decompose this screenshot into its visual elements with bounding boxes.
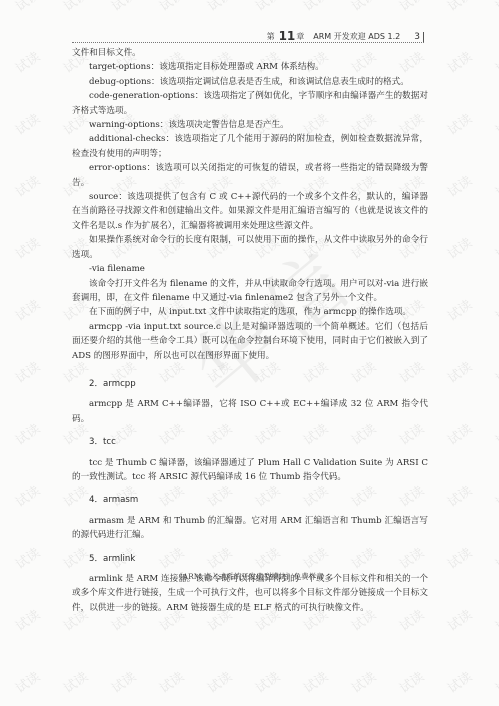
tile-watermark: 试读 xyxy=(11,480,43,510)
tile-watermark: 试读 xyxy=(443,604,475,634)
tile-watermark: 试读 xyxy=(443,108,475,138)
section-text-tcc: tcc 是 Thumb C 编译器，该编译器通过了 Plum Hall C Va… xyxy=(72,456,428,485)
tile-watermark: 试读 xyxy=(11,232,43,262)
tile-watermark: 试读 xyxy=(443,170,475,200)
paragraph-via-syntax: -via filename xyxy=(72,262,428,276)
paragraph-source: source：该选项提供了包含有 C 或 C++源代码的一个或多个文件名，默认的… xyxy=(72,190,428,233)
tile-watermark: 试读 xyxy=(491,232,499,262)
section-text-armcpp: armcpp 是 ARM C++编译器，它将 ISO C++或 EC++编译成 … xyxy=(72,397,428,426)
tile-watermark: 试读 xyxy=(491,418,499,448)
chapter-prefix: 第 xyxy=(267,31,275,42)
paragraph-code-generation-options: code-generation-options：该选项指定了例如优化，字节顺序和… xyxy=(72,89,428,118)
tile-watermark: 试读 xyxy=(443,480,475,510)
tile-watermark: 试读 xyxy=(491,0,499,15)
tile-watermark: 试读 xyxy=(491,46,499,76)
tile-watermark: 试读 xyxy=(347,666,379,696)
tile-watermark: 试读 xyxy=(11,666,43,696)
tile-watermark: 试读 xyxy=(203,666,235,696)
tile-watermark: 试读 xyxy=(443,542,475,572)
paragraph: 文件和目标文件。 xyxy=(72,46,428,60)
tile-watermark: 试读 xyxy=(491,356,499,386)
tile-watermark: 试读 xyxy=(491,294,499,324)
tile-watermark: 试读 xyxy=(443,294,475,324)
tile-watermark: 试读 xyxy=(59,0,91,15)
tile-watermark: 试读 xyxy=(443,0,475,15)
page-header: 第 11 章 ARM 开发欢迎 ADS 1.2 3 xyxy=(72,26,424,43)
section-heading-tcc: 3．tcc xyxy=(89,435,428,449)
tile-watermark: 试读 xyxy=(155,666,187,696)
tile-watermark: 试读 xyxy=(11,294,43,324)
tile-watermark: 试读 xyxy=(395,666,427,696)
tile-watermark: 试读 xyxy=(443,46,475,76)
chapter-number: 11 xyxy=(279,30,296,42)
tile-watermark: 试读 xyxy=(251,666,283,696)
paragraph-command-length: 如果操作系统对命令行的长度有限制，可以使用下面的操作，从文件中读取另外的命令行选… xyxy=(72,233,428,262)
tile-watermark: 试读 xyxy=(443,418,475,448)
paragraph-example: 在下面的例子中，从 input.txt 文件中读取指定的选项，作为 armcpp… xyxy=(72,305,428,319)
tile-watermark: 试读 xyxy=(443,232,475,262)
paragraph-target-options: target-options：该选项指定目标处理器或 ARM 体系结构。 xyxy=(72,60,428,74)
page-footer: 《ARM 嵌入式系统开发典型模块》免费样章 xyxy=(0,571,499,582)
tile-watermark: 试读 xyxy=(443,666,475,696)
tile-watermark: 试读 xyxy=(203,0,235,15)
tile-watermark: 试读 xyxy=(491,542,499,572)
chapter-suffix: 章 xyxy=(296,31,304,42)
paragraph-additional-checks: additional-checks：该选项指定了几个能用于源码的附加检查，例如检… xyxy=(72,132,428,161)
tile-watermark: 试读 xyxy=(11,0,43,15)
page-number: 3 xyxy=(414,32,424,42)
page-body: 文件和目标文件。 target-options：该选项指定目标处理器或 ARM … xyxy=(72,46,428,615)
tile-watermark: 试读 xyxy=(11,542,43,572)
tile-watermark: 试读 xyxy=(491,480,499,510)
tile-watermark: 试读 xyxy=(11,356,43,386)
tile-watermark: 试读 xyxy=(59,666,91,696)
tile-watermark: 试读 xyxy=(347,0,379,15)
chapter-title: ARM 开发欢迎 ADS 1.2 xyxy=(313,31,400,42)
section-heading-armlink: 5．armlink xyxy=(89,552,428,566)
tile-watermark: 试读 xyxy=(107,666,139,696)
tile-watermark: 试读 xyxy=(299,666,331,696)
tile-watermark: 试读 xyxy=(491,666,499,696)
paragraph-armcpp-example: armcpp -via input.txt source.c 以上是对编译器选项… xyxy=(72,320,428,363)
paragraph-via-description: 该命令打开文件名为 filename 的文件，并从中读取命令行选项。用户可以对-… xyxy=(72,277,428,306)
tile-watermark: 试读 xyxy=(155,0,187,15)
paragraph-error-options: error-options：该选项可以关闭指定的可恢复的错误，或者将一些指定的错… xyxy=(72,161,428,190)
tile-watermark: 试读 xyxy=(11,418,43,448)
section-text-armasm: armasm 是 ARM 和 Thumb 的汇编器。它对用 ARM 汇编语言和 … xyxy=(72,514,428,543)
tile-watermark: 试读 xyxy=(11,108,43,138)
tile-watermark: 试读 xyxy=(395,0,427,15)
paragraph-debug-options: debug-options：该选项指定调试信息表是否生成，和该调试信息表生成时的… xyxy=(72,75,428,89)
section-heading-armcpp: 2．armcpp xyxy=(89,377,428,391)
tile-watermark: 试读 xyxy=(11,170,43,200)
tile-watermark: 试读 xyxy=(443,356,475,386)
paragraph-warning-options: warning-options：该选项决定警告信息是否产生。 xyxy=(72,118,428,132)
tile-watermark: 试读 xyxy=(491,604,499,634)
tile-watermark: 试读 xyxy=(107,0,139,15)
tile-watermark: 试读 xyxy=(11,604,43,634)
tile-watermark: 试读 xyxy=(299,0,331,15)
tile-watermark: 试读 xyxy=(11,46,43,76)
tile-watermark: 试读 xyxy=(491,170,499,200)
section-heading-armasm: 4．armasm xyxy=(89,493,428,507)
tile-watermark: 试读 xyxy=(491,108,499,138)
tile-watermark: 试读 xyxy=(251,0,283,15)
